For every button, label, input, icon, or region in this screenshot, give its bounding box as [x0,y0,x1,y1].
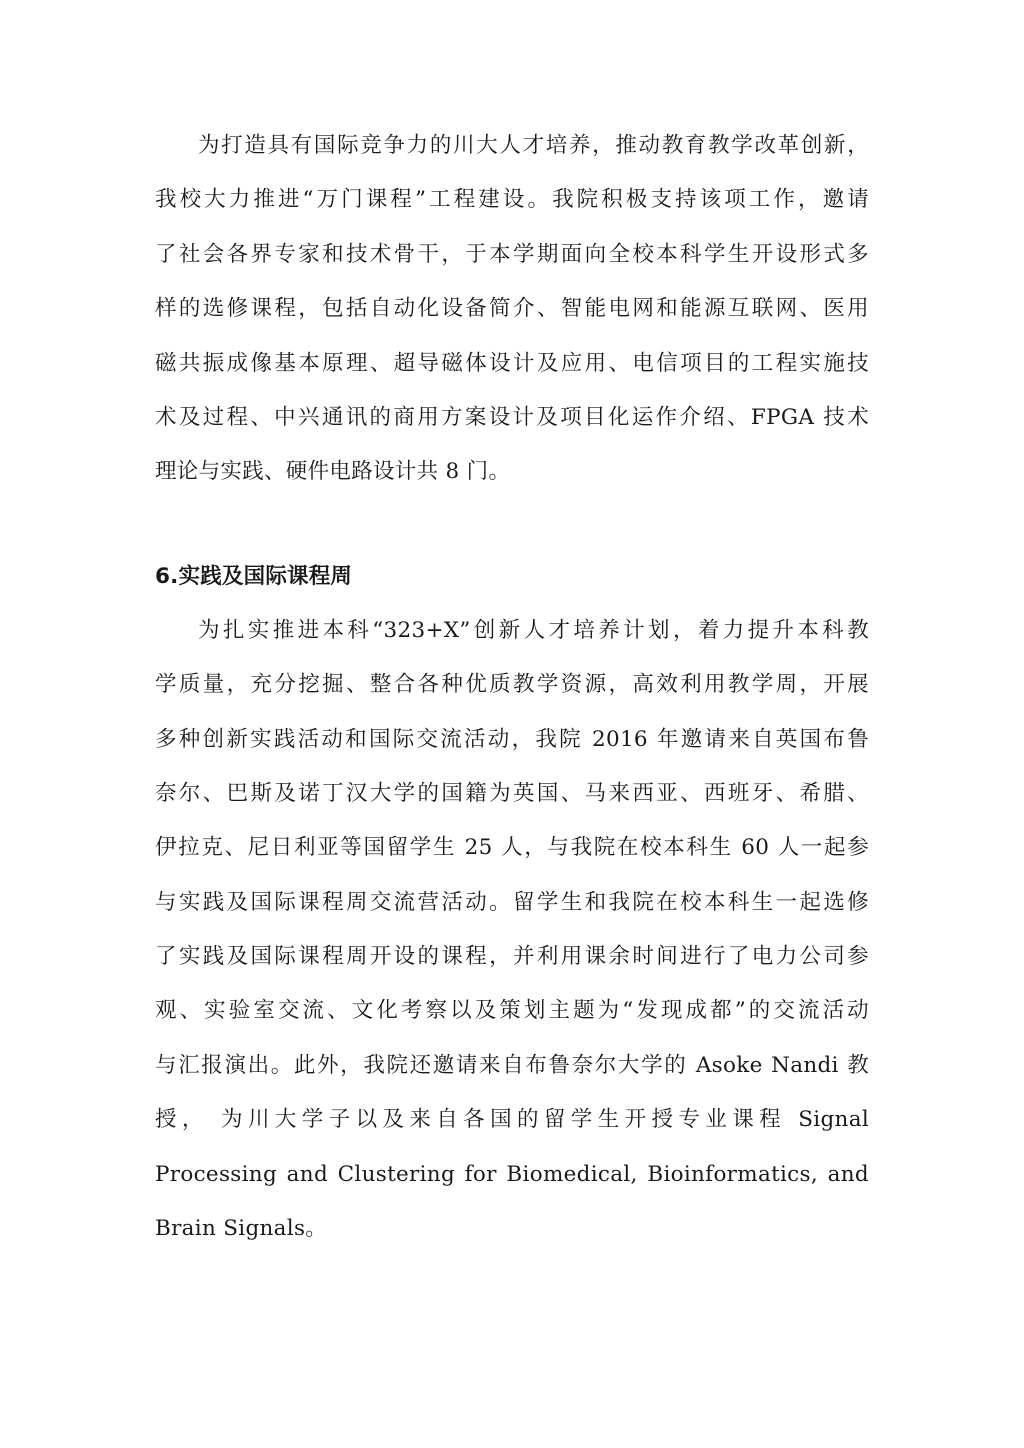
paragraph-international-week: 为扎实推进本科“323+X”创新人才培养计划，着力提升本科教 学质量，充分挖掘、… [155,609,869,1262]
text-line: 授， 为川大学子以及来自各国的留学生开授专业课程 Signal [155,1098,869,1152]
text-line: 了社会各界专家和技术骨干，于本学期面向全校本科学生开设形式多 [155,233,869,287]
text-line: 我校大力推进“万门课程”工程建设。我院积极支持该项工作，邀请 [155,178,869,232]
text-line: 与实践及国际课程周交流营活动。留学生和我院在校本科生一起选修 [155,881,869,935]
text-line: Brain Signals。 [155,1207,869,1261]
text-line: 磁共振成像基本原理、超导磁体设计及应用、电信项目的工程实施技 [155,342,869,396]
section-spacer [155,505,869,555]
text-line: 理论与实践、硬件电路设计共 8 门。 [155,450,869,504]
document-page: 为打造具有国际竞争力的川大人才培养，推动教育教学改革创新， 我校大力推进“万门课… [155,124,869,1261]
paragraph-course-overview: 为打造具有国际竞争力的川大人才培养，推动教育教学改革创新， 我校大力推进“万门课… [155,124,869,505]
text-line: 与汇报演出。此外，我院还邀请来自布鲁奈尔大学的 Asoke Nandi 教 [155,1044,869,1098]
text-line: 伊拉克、尼日利亚等国留学生 25 人，与我院在校本科生 60 人一起参 [155,826,869,880]
text-line: 为打造具有国际竞争力的川大人才培养，推动教育教学改革创新， [155,124,869,178]
text-line: 样的选修课程，包括自动化设备简介、智能电网和能源互联网、医用 [155,287,869,341]
section-heading: 6.实践及国际课程周 [155,555,869,609]
text-line: 观、实验室交流、文化考察以及策划主题为“发现成都”的交流活动 [155,989,869,1043]
text-line: Processing and Clustering for Biomedical… [155,1153,869,1207]
text-line: 奈尔、巴斯及诺丁汉大学的国籍为英国、马来西亚、西班牙、希腊、 [155,772,869,826]
text-line: 为扎实推进本科“323+X”创新人才培养计划，着力提升本科教 [155,609,869,663]
text-line: 了实践及国际课程周开设的课程，并利用课余时间进行了电力公司参 [155,935,869,989]
text-line: 术及过程、中兴通讯的商用方案设计及项目化运作介绍、FPGA 技术 [155,396,869,450]
section-practice-international-week: 6.实践及国际课程周 为扎实推进本科“323+X”创新人才培养计划，着力提升本科… [155,555,869,1262]
text-line: 学质量，充分挖掘、整合各种优质教学资源，高效利用教学周，开展 [155,663,869,717]
text-line: 多种创新实践活动和国际交流活动，我院 2016 年邀请来自英国布鲁 [155,718,869,772]
